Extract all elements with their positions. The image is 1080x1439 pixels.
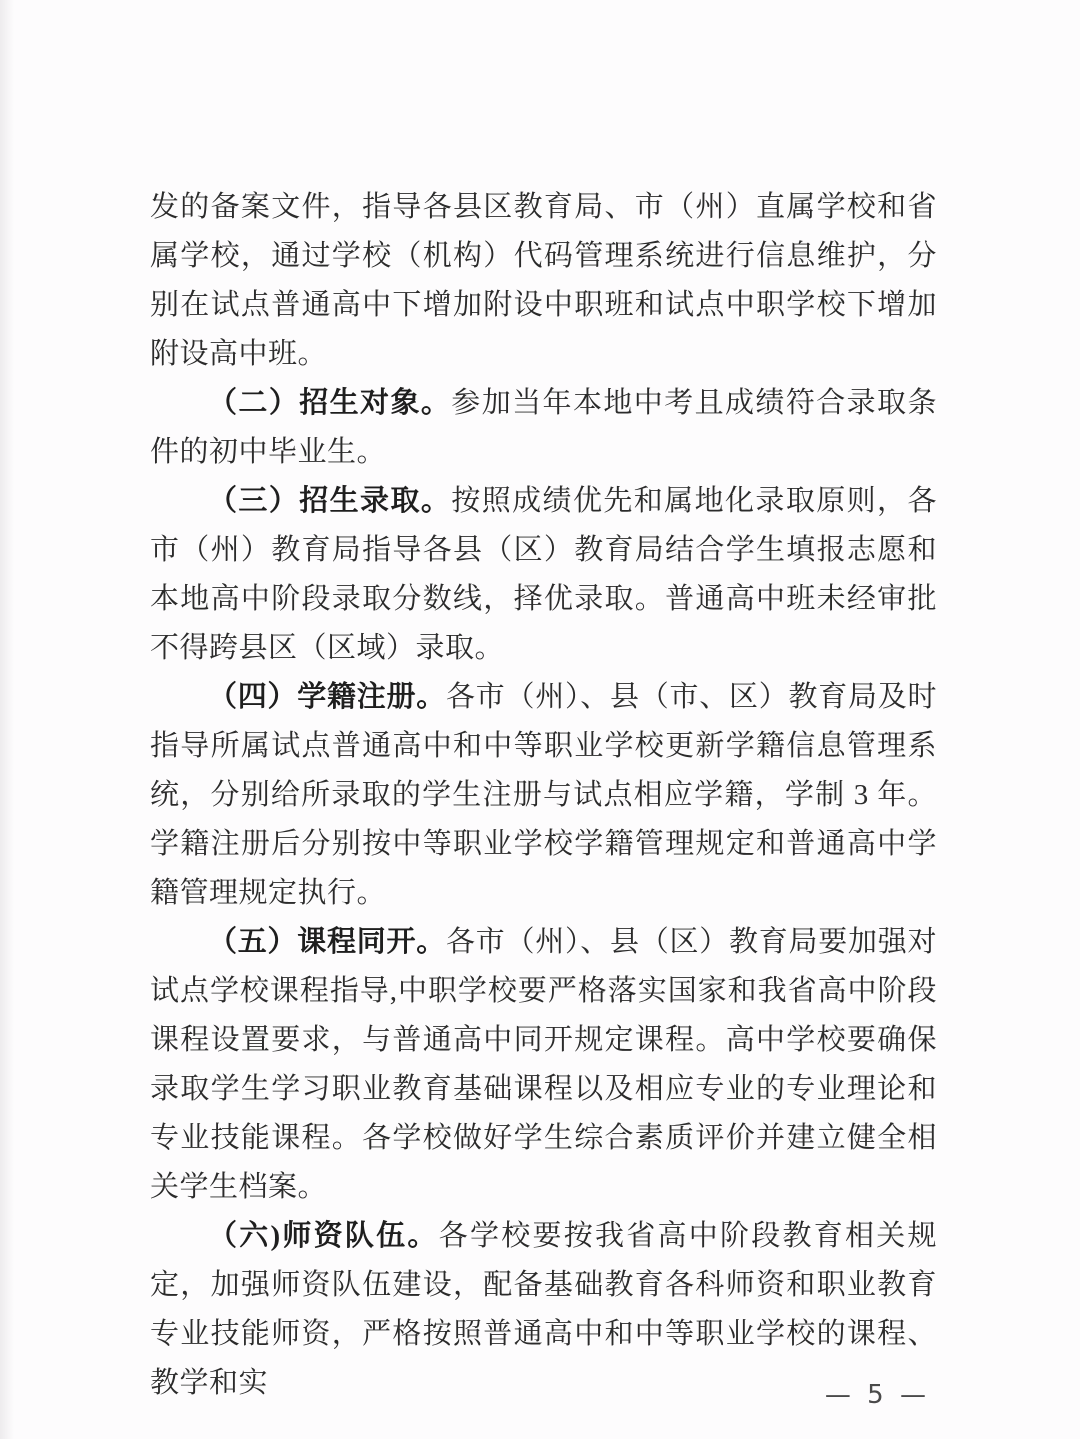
section-heading: （六)师资队伍。 [208, 1220, 439, 1252]
paragraph-item-5: （五）课程同开。各市（州）、县（区）教育局要加强对试点学校课程指导,中职学校要严… [150, 918, 937, 1212]
paragraph-item-6: （六)师资队伍。各学校要按我省高中阶段教育相关规定，加强师资队伍建设，配备基础教… [150, 1212, 937, 1408]
section-heading: （四）学籍注册。 [208, 681, 446, 713]
paragraph-text: 发的备案文件，指导各县区教育局、市（州）直属学校和省属学校，通过学校（机构）代码… [150, 191, 937, 370]
section-heading: （五）课程同开。 [208, 926, 446, 958]
paragraph-continuation: 发的备案文件，指导各县区教育局、市（州）直属学校和省属学校，通过学校（机构）代码… [150, 183, 937, 379]
paragraph-text: 各市（州）、县（市、区）教育局及时指导所属试点普通高中和中等职业学校更新学籍信息… [150, 681, 937, 909]
paragraph-item-4: （四）学籍注册。各市（州）、县（市、区）教育局及时指导所属试点普通高中和中等职业… [150, 673, 937, 918]
paragraph-text: 各市（州）、县（区）教育局要加强对试点学校课程指导,中职学校要严格落实国家和我省… [150, 926, 937, 1203]
page-number: — 5 — [825, 1378, 930, 1412]
section-heading: （二）招生对象。 [208, 387, 451, 419]
section-heading: （三）招生录取。 [208, 485, 451, 517]
paragraph-item-2: （二）招生对象。参加当年本地中考且成绩符合录取条件的初中毕业生。 [150, 379, 937, 477]
paragraph-item-3: （三）招生录取。按照成绩优先和属地化录取原则，各市（州）教育局指导各县（区）教育… [150, 477, 937, 673]
document-body: 发的备案文件，指导各县区教育局、市（州）直属学校和省属学校，通过学校（机构）代码… [150, 183, 937, 1408]
scan-edge-shadow [0, 0, 14, 1439]
